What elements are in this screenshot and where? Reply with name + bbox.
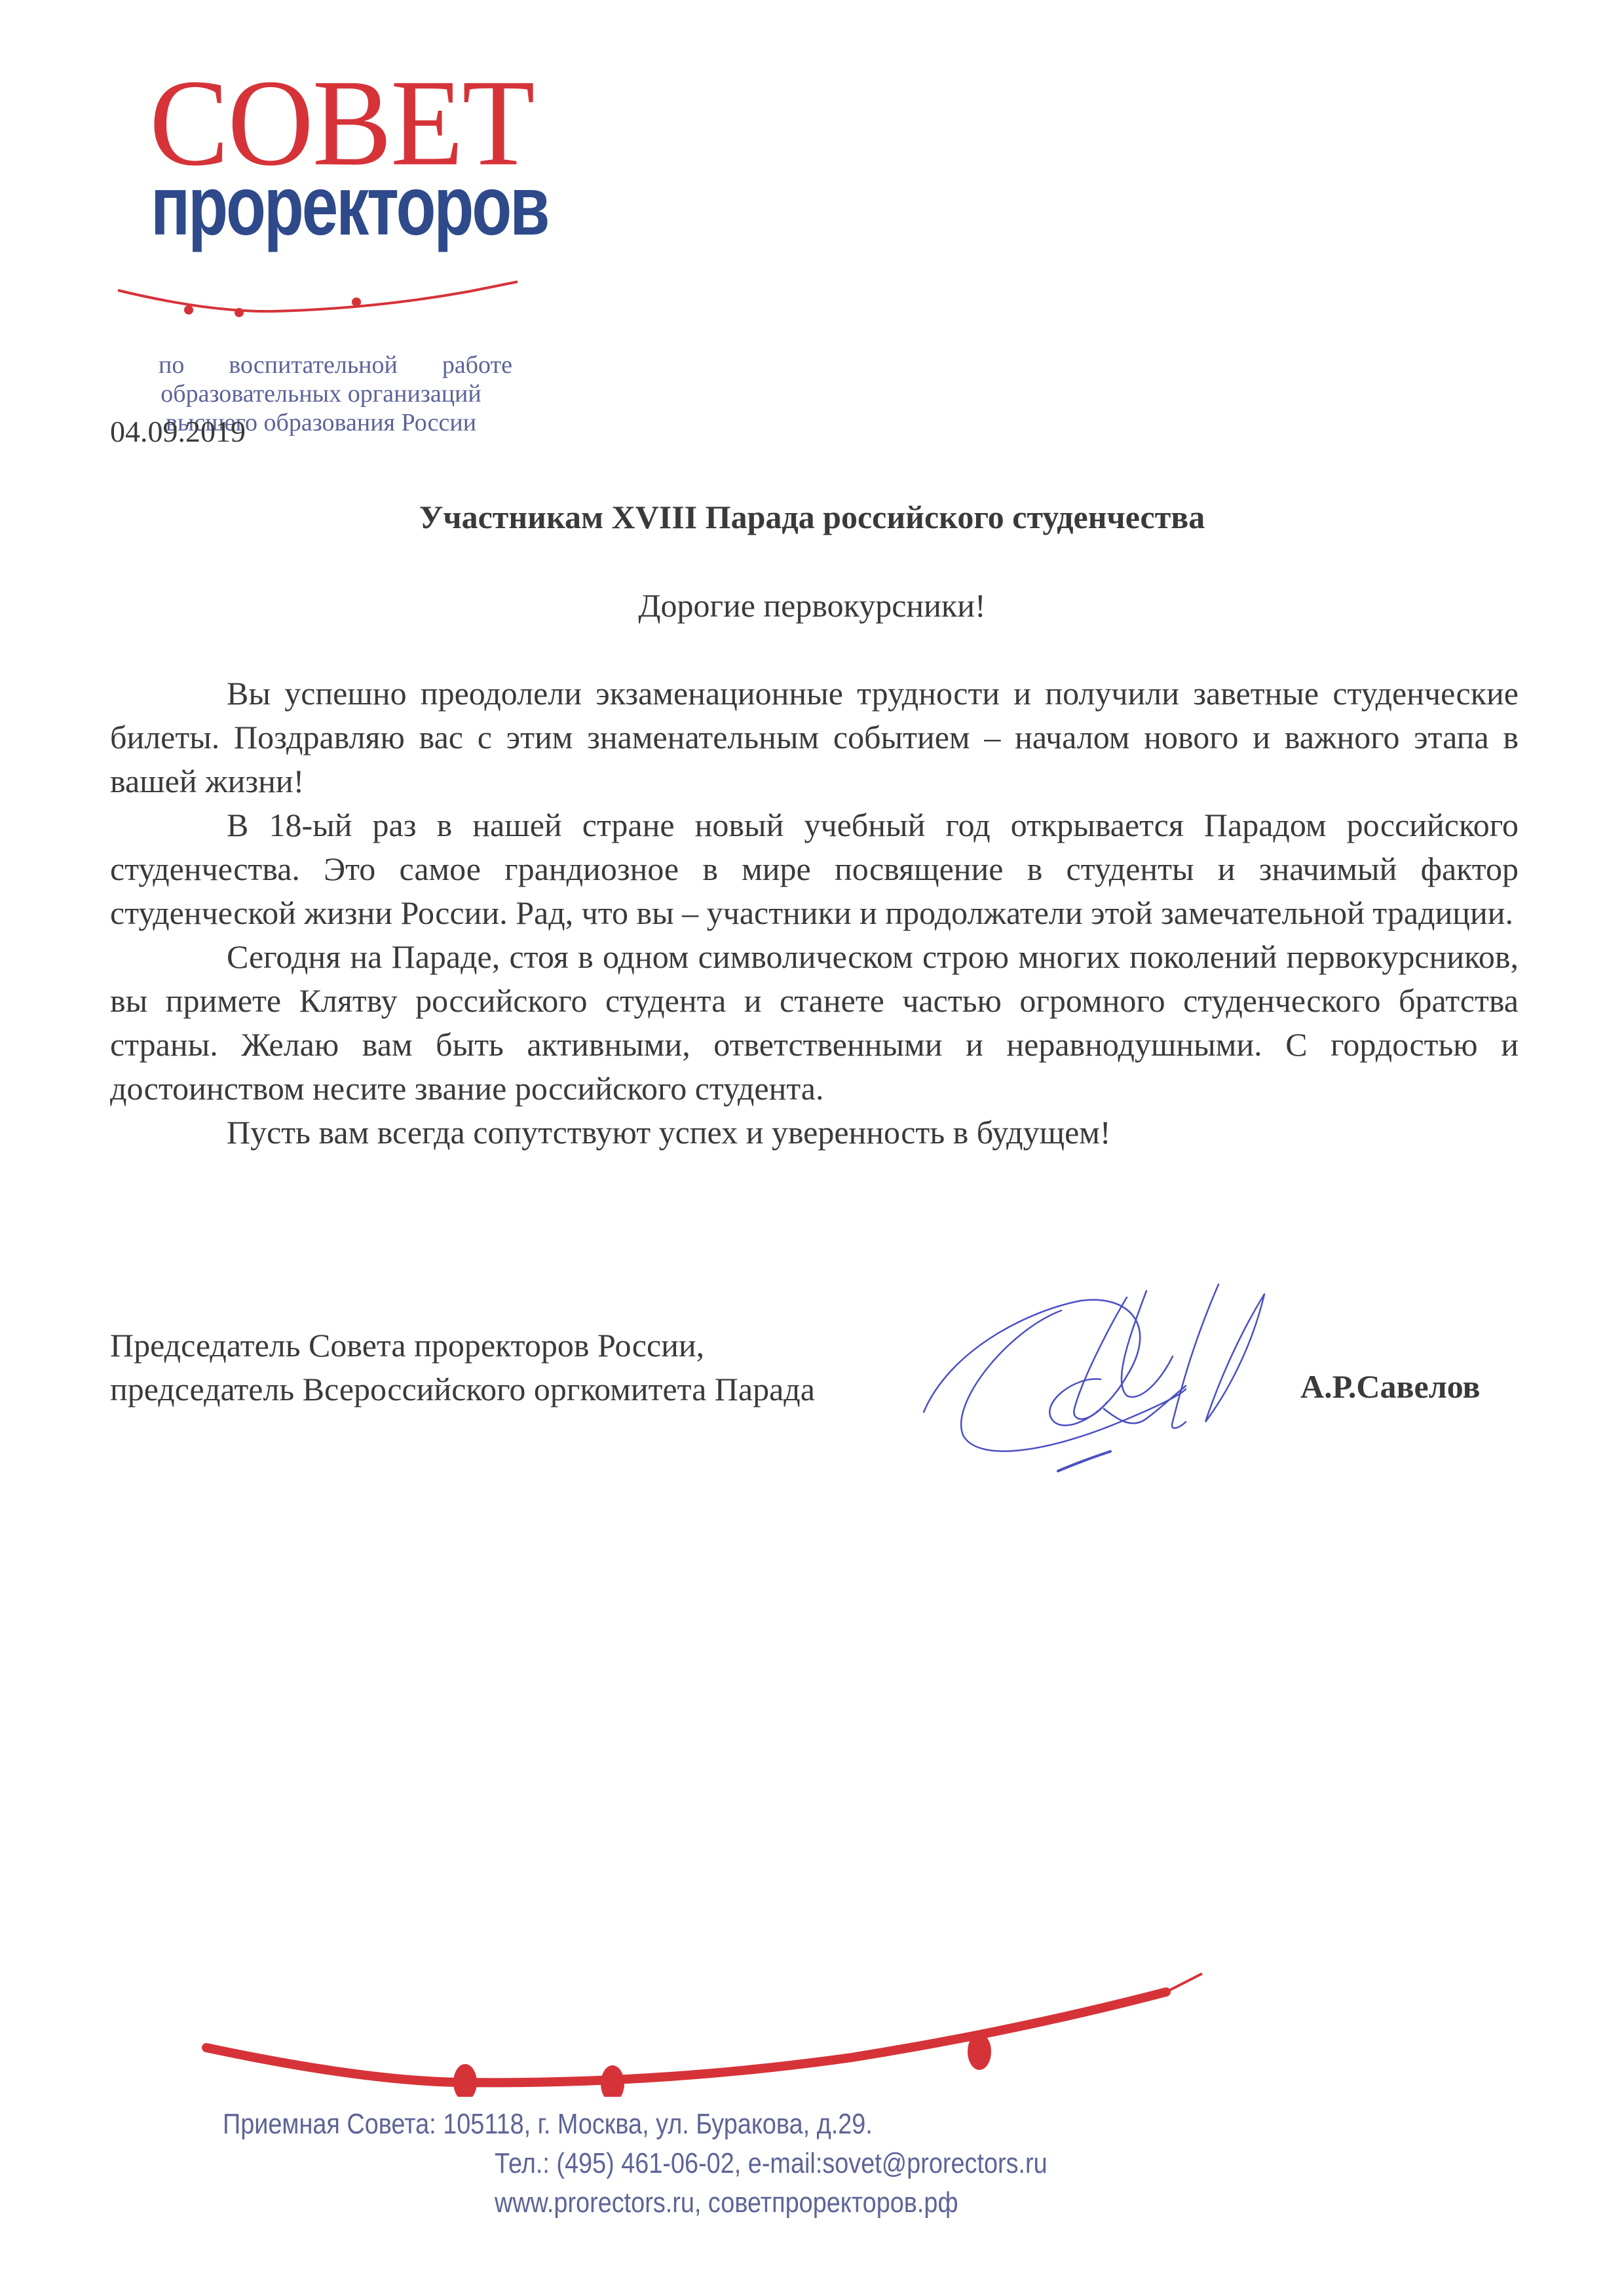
logo-arc-icon — [111, 278, 531, 331]
letter-greeting: Дорогие первокурсники! — [0, 586, 1624, 624]
footer-arc-icon — [197, 1966, 1441, 2097]
body-paragraph: Пусть вам всегда сопутствуют успех и уве… — [110, 1111, 1519, 1155]
footer-address: Приемная Совета: 105118, г. Москва, ул. … — [223, 2105, 873, 2144]
logo-subtitle: проректоров — [151, 164, 548, 249]
letter-body: Вы успешно преодолели экзаменационные тр… — [110, 672, 1519, 1155]
body-paragraph: Сегодня на Параде, стоя в одном символич… — [110, 935, 1519, 1111]
signatory-name: А.Р.Савелов — [1300, 1368, 1481, 1406]
footer-websites: www.prorectors.ru, советпроректоров.рф — [495, 2183, 958, 2223]
body-paragraph: В 18-ый раз в нашей стране новый учебный… — [110, 803, 1519, 935]
letter-date: 04.09.2019 — [110, 414, 246, 449]
letter-page: СОВЕТ проректоров по воспитательной рабо… — [0, 0, 1624, 2296]
footer-contacts: Тел.: (495) 461-06-02, e-mail:sovet@pror… — [495, 2144, 1048, 2183]
letter-title: Участникам XVIII Парада российского студ… — [0, 498, 1624, 536]
tagline-line: по воспитательной работе — [111, 351, 531, 379]
position-line: председатель Всероссийского оргкомитета … — [110, 1368, 815, 1411]
signatory-position: Председатель Совета проректоров России, … — [110, 1324, 815, 1411]
position-line: Председатель Совета проректоров России, — [110, 1324, 815, 1368]
body-paragraph: Вы успешно преодолели экзаменационные тр… — [110, 672, 1519, 803]
tagline-line: образовательных организаций — [111, 379, 531, 408]
